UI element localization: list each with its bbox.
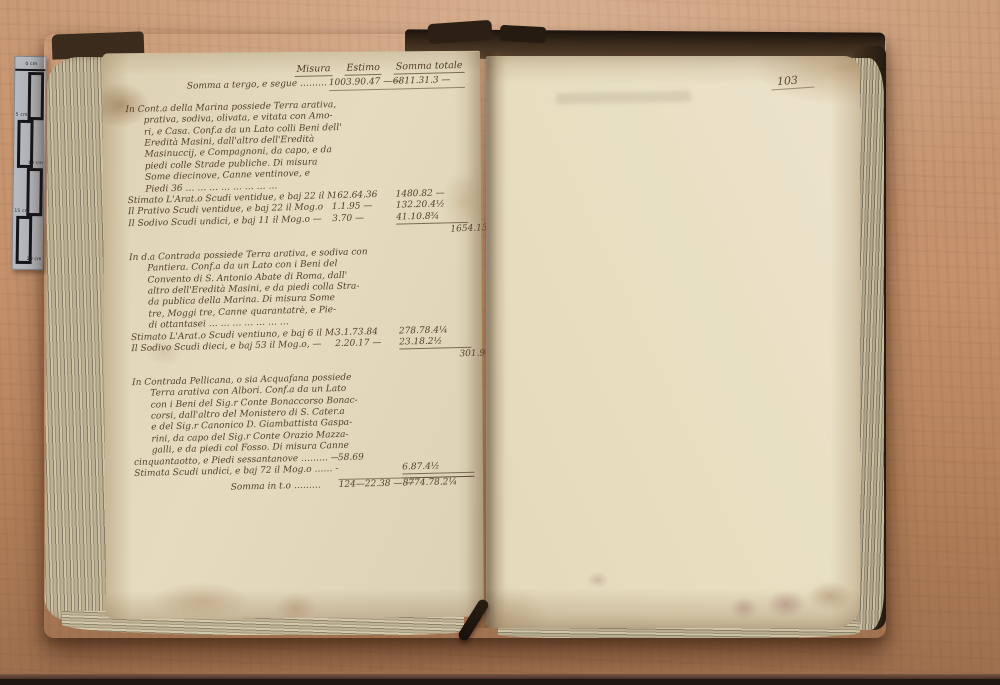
valuation-somma: 41.10.8¾ bbox=[396, 211, 468, 225]
valuation-somma: 6.87.4½ bbox=[402, 461, 474, 475]
estate-entry: In Contrada Pellicana, o sia Acquafana p… bbox=[132, 370, 475, 497]
scale-label-10cm: 10 cm bbox=[28, 161, 43, 166]
valuation-somma bbox=[402, 456, 474, 458]
grand-total-somma: 8774.78.2¼ bbox=[403, 476, 475, 490]
column-header-estimo: Estimo bbox=[344, 62, 382, 76]
scale-start-line bbox=[15, 69, 45, 71]
leather-cover-fragment bbox=[500, 25, 547, 43]
entry-description: In Cont.a della Marina possiede Terra ar… bbox=[125, 97, 467, 197]
book-gutter-shadow bbox=[466, 52, 506, 628]
manuscript-text-block: Misura Estimo Somma totale Somma a tergo… bbox=[124, 60, 474, 497]
table-edge bbox=[0, 679, 1000, 685]
valuation-misura: 58.69 bbox=[338, 451, 402, 464]
valuation-somma: 23.18.2½ bbox=[399, 336, 471, 350]
valuation-misura bbox=[338, 470, 402, 472]
right-blank-page: 103 bbox=[486, 56, 860, 628]
scale-label-15cm: 15 cm bbox=[14, 209, 29, 214]
entry-description: In Contrada Pellicana, o sia Acquafana p… bbox=[132, 370, 474, 458]
archival-photo: 0 cm 5 cm 10 cm 15 cm 20 cm Misura Estim… bbox=[0, 0, 1000, 685]
left-manuscript-page: Misura Estimo Somma totale Somma a tergo… bbox=[102, 51, 484, 620]
column-header-somma-totale: Somma totale bbox=[394, 60, 465, 75]
entry-description: In d.a Contrada possiede Terra arativa, … bbox=[129, 244, 471, 332]
scale-label-5cm: 5 cm bbox=[16, 113, 28, 118]
estate-entry: In Cont.a della Marina possiede Terra ar… bbox=[125, 97, 468, 244]
column-header-misura: Misura bbox=[294, 63, 332, 77]
carryover-label: Somma a tergo, e segue ……… bbox=[187, 79, 329, 94]
grand-total-misura: 124—22.38 — — bbox=[339, 478, 403, 492]
carryover-somma: 6811.31.3 — bbox=[393, 75, 465, 89]
scale-segment-box bbox=[28, 72, 45, 120]
ink-showthrough-smear bbox=[556, 91, 691, 104]
valuation-misura: 2.20.17 — bbox=[335, 337, 399, 350]
estate-entry: In d.a Contrada possiede Terra arativa, … bbox=[129, 244, 472, 368]
grand-total-label: Somma in t.o ……… bbox=[231, 480, 339, 494]
carryover-misura: 1003.90.47 —— bbox=[329, 77, 393, 91]
valuation-misura: 3.70 — bbox=[332, 212, 396, 225]
scale-label-0cm: 0 cm bbox=[25, 62, 37, 67]
folio-number: 103 bbox=[771, 73, 815, 91]
photographic-scale-bar: 0 cm 5 cm 10 cm 15 cm 20 cm bbox=[12, 56, 47, 270]
scale-label-20cm: 20 cm bbox=[27, 257, 42, 262]
